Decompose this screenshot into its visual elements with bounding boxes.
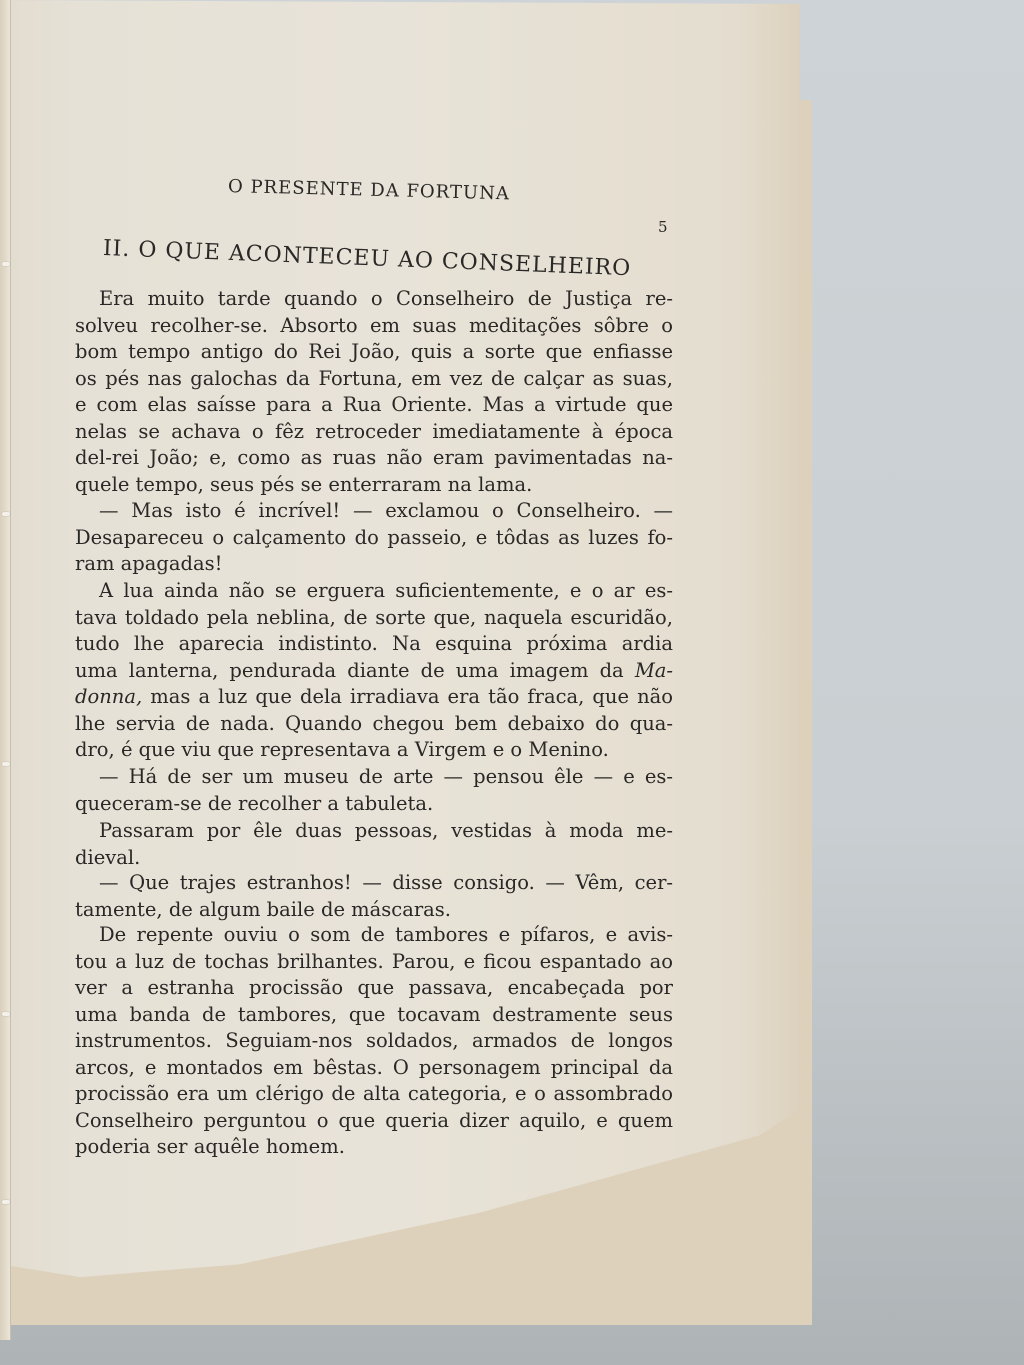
italic-word: Ma- <box>635 659 673 682</box>
paragraph-6: — Que trajes estranhos! — disse consigo.… <box>75 870 673 923</box>
running-head: O PRESENTE DA FORTUNA <box>228 176 510 204</box>
text-line: bom tempo antigo do Rei João, quis a sor… <box>75 339 673 366</box>
text-line: Desapareceu o calçamento do passeio, e t… <box>75 525 673 552</box>
text-line: ram apagadas! <box>75 551 673 578</box>
paragraph-4: — Há de ser um museu de arte — pensou êl… <box>75 764 673 817</box>
text-line: del-rei João; e, como as ruas não eram p… <box>75 445 673 472</box>
text-line: os pés nas galochas da Fortuna, em vez d… <box>75 366 673 393</box>
text-line: tamente, de algum baile de máscaras. <box>75 897 673 924</box>
text-line: tou a luz de tochas brilhantes. Parou, e… <box>75 949 673 976</box>
paragraph-7: De repente ouviu o som de tambores e píf… <box>75 922 673 1161</box>
text-line: quele tempo, seus pés se enterraram na l… <box>75 472 673 499</box>
text-line: queceram-se de recolher a tabuleta. <box>75 791 673 818</box>
paragraph-1: Era muito tarde quando o Conselheiro de … <box>75 286 673 498</box>
text-line: tudo lhe aparecia indistinto. Na esquina… <box>75 631 673 658</box>
text-line: donna, mas a luz que dela irradiava era … <box>75 684 673 711</box>
italic-word: donna, <box>75 685 142 708</box>
paragraph-2: — Mas isto é incrível! — exclamou o Cons… <box>75 498 673 578</box>
text-line: A lua ainda não se erguera suficientemen… <box>75 578 673 605</box>
text-line: ver a estranha procissão que passava, en… <box>75 975 673 1002</box>
text-line: De repente ouviu o som de tambores e píf… <box>75 922 673 949</box>
text-line: — Mas isto é incrível! — exclamou o Cons… <box>75 498 673 525</box>
text-line: — Há de ser um museu de arte — pensou êl… <box>75 764 673 791</box>
chapter-title: II. O QUE ACONTECEU AO CONSELHEIRO <box>103 236 632 281</box>
text-line: Era muito tarde quando o Conselheiro de … <box>75 286 673 313</box>
text-line: — Que trajes estranhos! — disse consigo.… <box>75 870 673 897</box>
text-line: solveu recolher-se. Absorto em suas medi… <box>75 313 673 340</box>
text-line: uma lanterna, pendurada diante de uma im… <box>75 658 673 685</box>
text-line: poderia ser aquêle homem. <box>75 1134 673 1161</box>
page-text: O PRESENTE DA FORTUNA 5 II. O QUE ACONTE… <box>0 0 820 1200</box>
page-number: 5 <box>658 218 668 236</box>
text-line: Conselheiro perguntou o que queria dizer… <box>75 1108 673 1135</box>
text-line: dieval. <box>75 845 673 872</box>
paragraph-5: Passaram por êle duas pessoas, vestidas … <box>75 818 673 871</box>
text-line: procissão era um clérigo de alta categor… <box>75 1081 673 1108</box>
text-line: dro, é que viu que representava a Virgem… <box>75 737 673 764</box>
text-line: instrumentos. Seguiam-nos soldados, arma… <box>75 1028 673 1055</box>
text-line: lhe servia de nada. Quando chegou bem de… <box>75 711 673 738</box>
text-line: arcos, e montados em bêstas. O personage… <box>75 1055 673 1082</box>
text-line: e com elas saísse para a Rua Oriente. Ma… <box>75 392 673 419</box>
text-line: nelas se achava o fêz retroceder imediat… <box>75 419 673 446</box>
text-line: Passaram por êle duas pessoas, vestidas … <box>75 818 673 845</box>
binding-stitch <box>2 1200 10 1204</box>
text-line: tava toldado pela neblina, de sorte que,… <box>75 605 673 632</box>
paragraph-3: A lua ainda não se erguera suficientemen… <box>75 578 673 764</box>
text-line: uma banda de tambores, que tocavam destr… <box>75 1002 673 1029</box>
